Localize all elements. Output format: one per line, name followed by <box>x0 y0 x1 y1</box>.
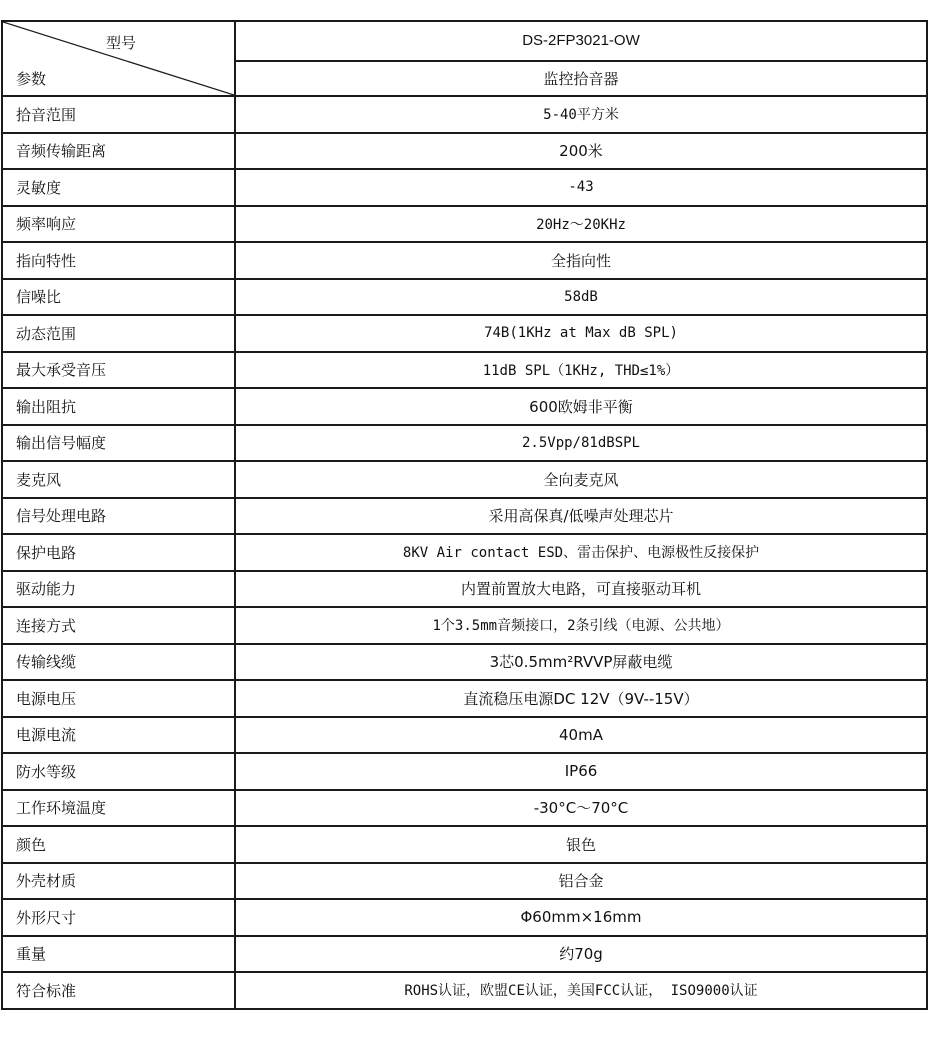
param-value: 铝合金 <box>235 863 927 900</box>
table-row: 最大承受音压11dB SPL（1KHz, THD≤1%） <box>2 352 927 389</box>
param-value: 直流稳压电源DC 12V（9V--15V） <box>235 680 927 717</box>
param-value: 200米 <box>235 133 927 170</box>
diagonal-header-cell: 型号 参数 <box>2 21 235 96</box>
param-value: -43 <box>235 169 927 206</box>
table-row: 麦克风全向麦克风 <box>2 461 927 498</box>
param-value: 3芯0.5mm²RVVP屏蔽电缆 <box>235 644 927 681</box>
param-value: 银色 <box>235 826 927 863</box>
header-row-model: 型号 参数 DS-2FP3021-OW <box>2 21 927 61</box>
table-row: 信噪比58dB <box>2 279 927 316</box>
param-value: IP66 <box>235 753 927 790</box>
param-label: 外壳材质 <box>2 863 235 900</box>
param-label: 拾音范围 <box>2 96 235 133</box>
param-label: 驱动能力 <box>2 571 235 608</box>
param-label: 传输线缆 <box>2 644 235 681</box>
param-label: 麦克风 <box>2 461 235 498</box>
param-value: ROHS认证，欧盟CE认证，美国FCC认证， ISO9000认证 <box>235 972 927 1009</box>
param-value: 全向麦克风 <box>235 461 927 498</box>
table-row: 拾音范围5-40平方米 <box>2 96 927 133</box>
param-label: 连接方式 <box>2 607 235 644</box>
table-row: 传输线缆3芯0.5mm²RVVP屏蔽电缆 <box>2 644 927 681</box>
param-label: 频率响应 <box>2 206 235 243</box>
param-label: 动态范围 <box>2 315 235 352</box>
param-label: 指向特性 <box>2 242 235 279</box>
param-label: 输出阻抗 <box>2 388 235 425</box>
param-label: 信噪比 <box>2 279 235 316</box>
spec-table: 型号 参数 DS-2FP3021-OW 监控拾音器 拾音范围5-40平方米 音频… <box>1 20 928 1010</box>
param-value: 11dB SPL（1KHz, THD≤1%） <box>235 352 927 389</box>
table-row: 指向特性全指向性 <box>2 242 927 279</box>
table-row: 外形尺寸Φ60mm×16mm <box>2 899 927 936</box>
table-row: 颜色银色 <box>2 826 927 863</box>
table-row: 输出阻抗600欧姆非平衡 <box>2 388 927 425</box>
param-value: 内置前置放大电路，可直接驱动耳机 <box>235 571 927 608</box>
param-value: 74B(1KHz at Max dB SPL) <box>235 315 927 352</box>
param-label: 电源电流 <box>2 717 235 754</box>
param-value: 全指向性 <box>235 242 927 279</box>
param-label: 防水等级 <box>2 753 235 790</box>
table-row: 连接方式1个3.5mm音频接口，2条引线（电源、公共地） <box>2 607 927 644</box>
param-value: 5-40平方米 <box>235 96 927 133</box>
param-value: 58dB <box>235 279 927 316</box>
table-row: 工作环境温度-30°C～70°C <box>2 790 927 827</box>
table-row: 信号处理电路采用高保真/低噪声处理芯片 <box>2 498 927 535</box>
param-value: 40mA <box>235 717 927 754</box>
param-label: 音频传输距离 <box>2 133 235 170</box>
param-value: 20Hz～20KHz <box>235 206 927 243</box>
product-type: 监控拾音器 <box>235 61 927 96</box>
model-number: DS-2FP3021-OW <box>235 21 927 61</box>
table-row: 保护电路8KV Air contact ESD、雷击保护、电源极性反接保护 <box>2 534 927 571</box>
param-label: 符合标准 <box>2 972 235 1009</box>
table-row: 音频传输距离200米 <box>2 133 927 170</box>
param-value: 约70g <box>235 936 927 973</box>
param-value: 2.5Vpp/81dBSPL <box>235 425 927 462</box>
param-value: -30°C～70°C <box>235 790 927 827</box>
table-row: 防水等级IP66 <box>2 753 927 790</box>
param-label: 保护电路 <box>2 534 235 571</box>
param-label: 信号处理电路 <box>2 498 235 535</box>
param-label: 工作环境温度 <box>2 790 235 827</box>
param-label: 重量 <box>2 936 235 973</box>
table-row: 符合标准ROHS认证，欧盟CE认证，美国FCC认证， ISO9000认证 <box>2 972 927 1009</box>
param-label: 灵敏度 <box>2 169 235 206</box>
param-label: 输出信号幅度 <box>2 425 235 462</box>
parameter-axis-label: 参数 <box>16 68 46 89</box>
param-value: Φ60mm×16mm <box>235 899 927 936</box>
table-row: 灵敏度-43 <box>2 169 927 206</box>
param-value: 1个3.5mm音频接口，2条引线（电源、公共地） <box>235 607 927 644</box>
table-row: 频率响应20Hz～20KHz <box>2 206 927 243</box>
table-row: 电源电流40mA <box>2 717 927 754</box>
table-row: 外壳材质铝合金 <box>2 863 927 900</box>
table-row: 重量约70g <box>2 936 927 973</box>
param-label: 颜色 <box>2 826 235 863</box>
table-row: 电源电压直流稳压电源DC 12V（9V--15V） <box>2 680 927 717</box>
param-label: 电源电压 <box>2 680 235 717</box>
table-row: 动态范围74B(1KHz at Max dB SPL) <box>2 315 927 352</box>
param-value: 采用高保真/低噪声处理芯片 <box>235 498 927 535</box>
param-value: 600欧姆非平衡 <box>235 388 927 425</box>
table-row: 输出信号幅度2.5Vpp/81dBSPL <box>2 425 927 462</box>
param-label: 外形尺寸 <box>2 899 235 936</box>
param-value: 8KV Air contact ESD、雷击保护、电源极性反接保护 <box>235 534 927 571</box>
model-axis-label: 型号 <box>106 32 136 53</box>
table-row: 驱动能力内置前置放大电路，可直接驱动耳机 <box>2 571 927 608</box>
param-label: 最大承受音压 <box>2 352 235 389</box>
